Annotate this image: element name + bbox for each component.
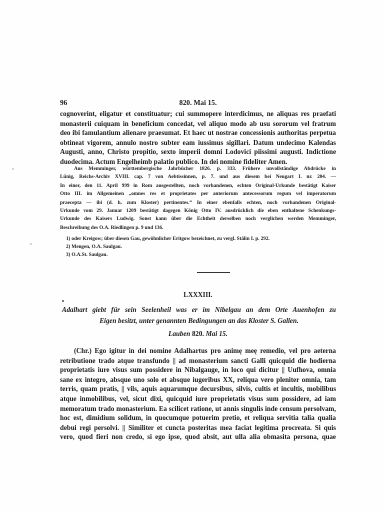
commentary-line: Otto III. im Allgemeinen „omnes res et p… <box>60 190 336 198</box>
regest-line: Eigen besitzt, unter genannten Bedingung… <box>60 316 336 327</box>
text-line: memoratum trado monasterium. Ea scilicet… <box>60 405 336 415</box>
text-line: obtineat vigorem, annulo nostro subter e… <box>60 139 336 149</box>
running-title: 820. Mai 15. <box>60 99 336 107</box>
charter-text: (Chr.) Ego igitur in dei nomine Adalhart… <box>60 347 336 443</box>
charter-place-date: Lauben 820. Mai 15. <box>60 331 336 338</box>
charter-day: Mai 15. <box>206 331 228 338</box>
charter-year: 820. <box>192 331 204 338</box>
charter-place: Lauben <box>168 331 190 338</box>
commentary-line: Beschreibung des O.A. Riedlingen p. 9 un… <box>60 224 336 232</box>
previous-charter-text: cognoverint, eligatur et constituatur; c… <box>60 110 336 168</box>
commentary-line: Urkunde vom 29. Januar 1209 bestätigt da… <box>60 207 336 215</box>
footnote: 1) oder Kreigow; über diesen Gau, gewöhn… <box>60 235 336 243</box>
text-line: hoc est, dimidium solidum, in quocumque … <box>60 414 336 424</box>
commentary-line: Aus Memminger, württembergische Jahrbüch… <box>60 165 336 173</box>
scan-speck <box>62 300 64 302</box>
text-line: terris, quam pratis, || vils, aquis aqua… <box>60 385 336 395</box>
footnotes: 1) oder Kreigow; über diesen Gau, gewöhn… <box>60 235 336 260</box>
text-line: retributione trado atque transfundo || a… <box>60 357 336 367</box>
text-line: sane ex integro, absque uno solo et absq… <box>60 376 336 386</box>
text-line: monasterii cuiquam in beneficium conceda… <box>60 120 336 130</box>
charter-number: LXXXIII. <box>60 292 336 299</box>
footnote: 3) O.A.St. Saulgau. <box>60 251 336 259</box>
commentary-line: Urkunde des Kaisers Ludwig. Sonst kann ü… <box>60 215 336 223</box>
commentary-line: praecepta — ibi (d. h. zum Kloster) pert… <box>60 199 336 207</box>
text-line: cognoverint, eligatur et constituatur; c… <box>60 110 336 120</box>
text-line: proprietatis iure visus sum possidere in… <box>60 366 336 376</box>
scan-speck <box>30 243 32 245</box>
text-line: deo ibi famulantium alienare praesumat. … <box>60 129 336 139</box>
text-line: debui regi persolvi. || Similiter et cun… <box>60 424 336 434</box>
commentary-line: Lünig, Reichs-Archiv XVIII. cap. 7 von A… <box>60 173 336 181</box>
text-line: Augusti, anno, Christo propitio, sexto i… <box>60 148 336 158</box>
footnote: 2) Mengen, O.A. Saulgau. <box>60 243 336 251</box>
text-line: atque inmobilibus, vel, sicut dixi, quic… <box>60 395 336 405</box>
text-line: (Chr.) Ego igitur in dei nomine Adalhart… <box>60 347 336 357</box>
editorial-commentary: Aus Memminger, württembergische Jahrbüch… <box>60 165 336 232</box>
charter-regest: Adalhart giebt für sein Seelenheil was e… <box>60 305 336 327</box>
scan-speck <box>12 168 14 170</box>
section-divider <box>197 272 230 273</box>
page-header: 96 820. Mai 15. <box>60 99 336 109</box>
text-line: vero, quod fieri non credo, si ego ipse,… <box>60 433 336 443</box>
commentary-line: In einer, den 11. April 999 in Rom ausge… <box>60 182 336 190</box>
regest-line: Adalhart giebt für sein Seelenheil was e… <box>60 305 336 316</box>
